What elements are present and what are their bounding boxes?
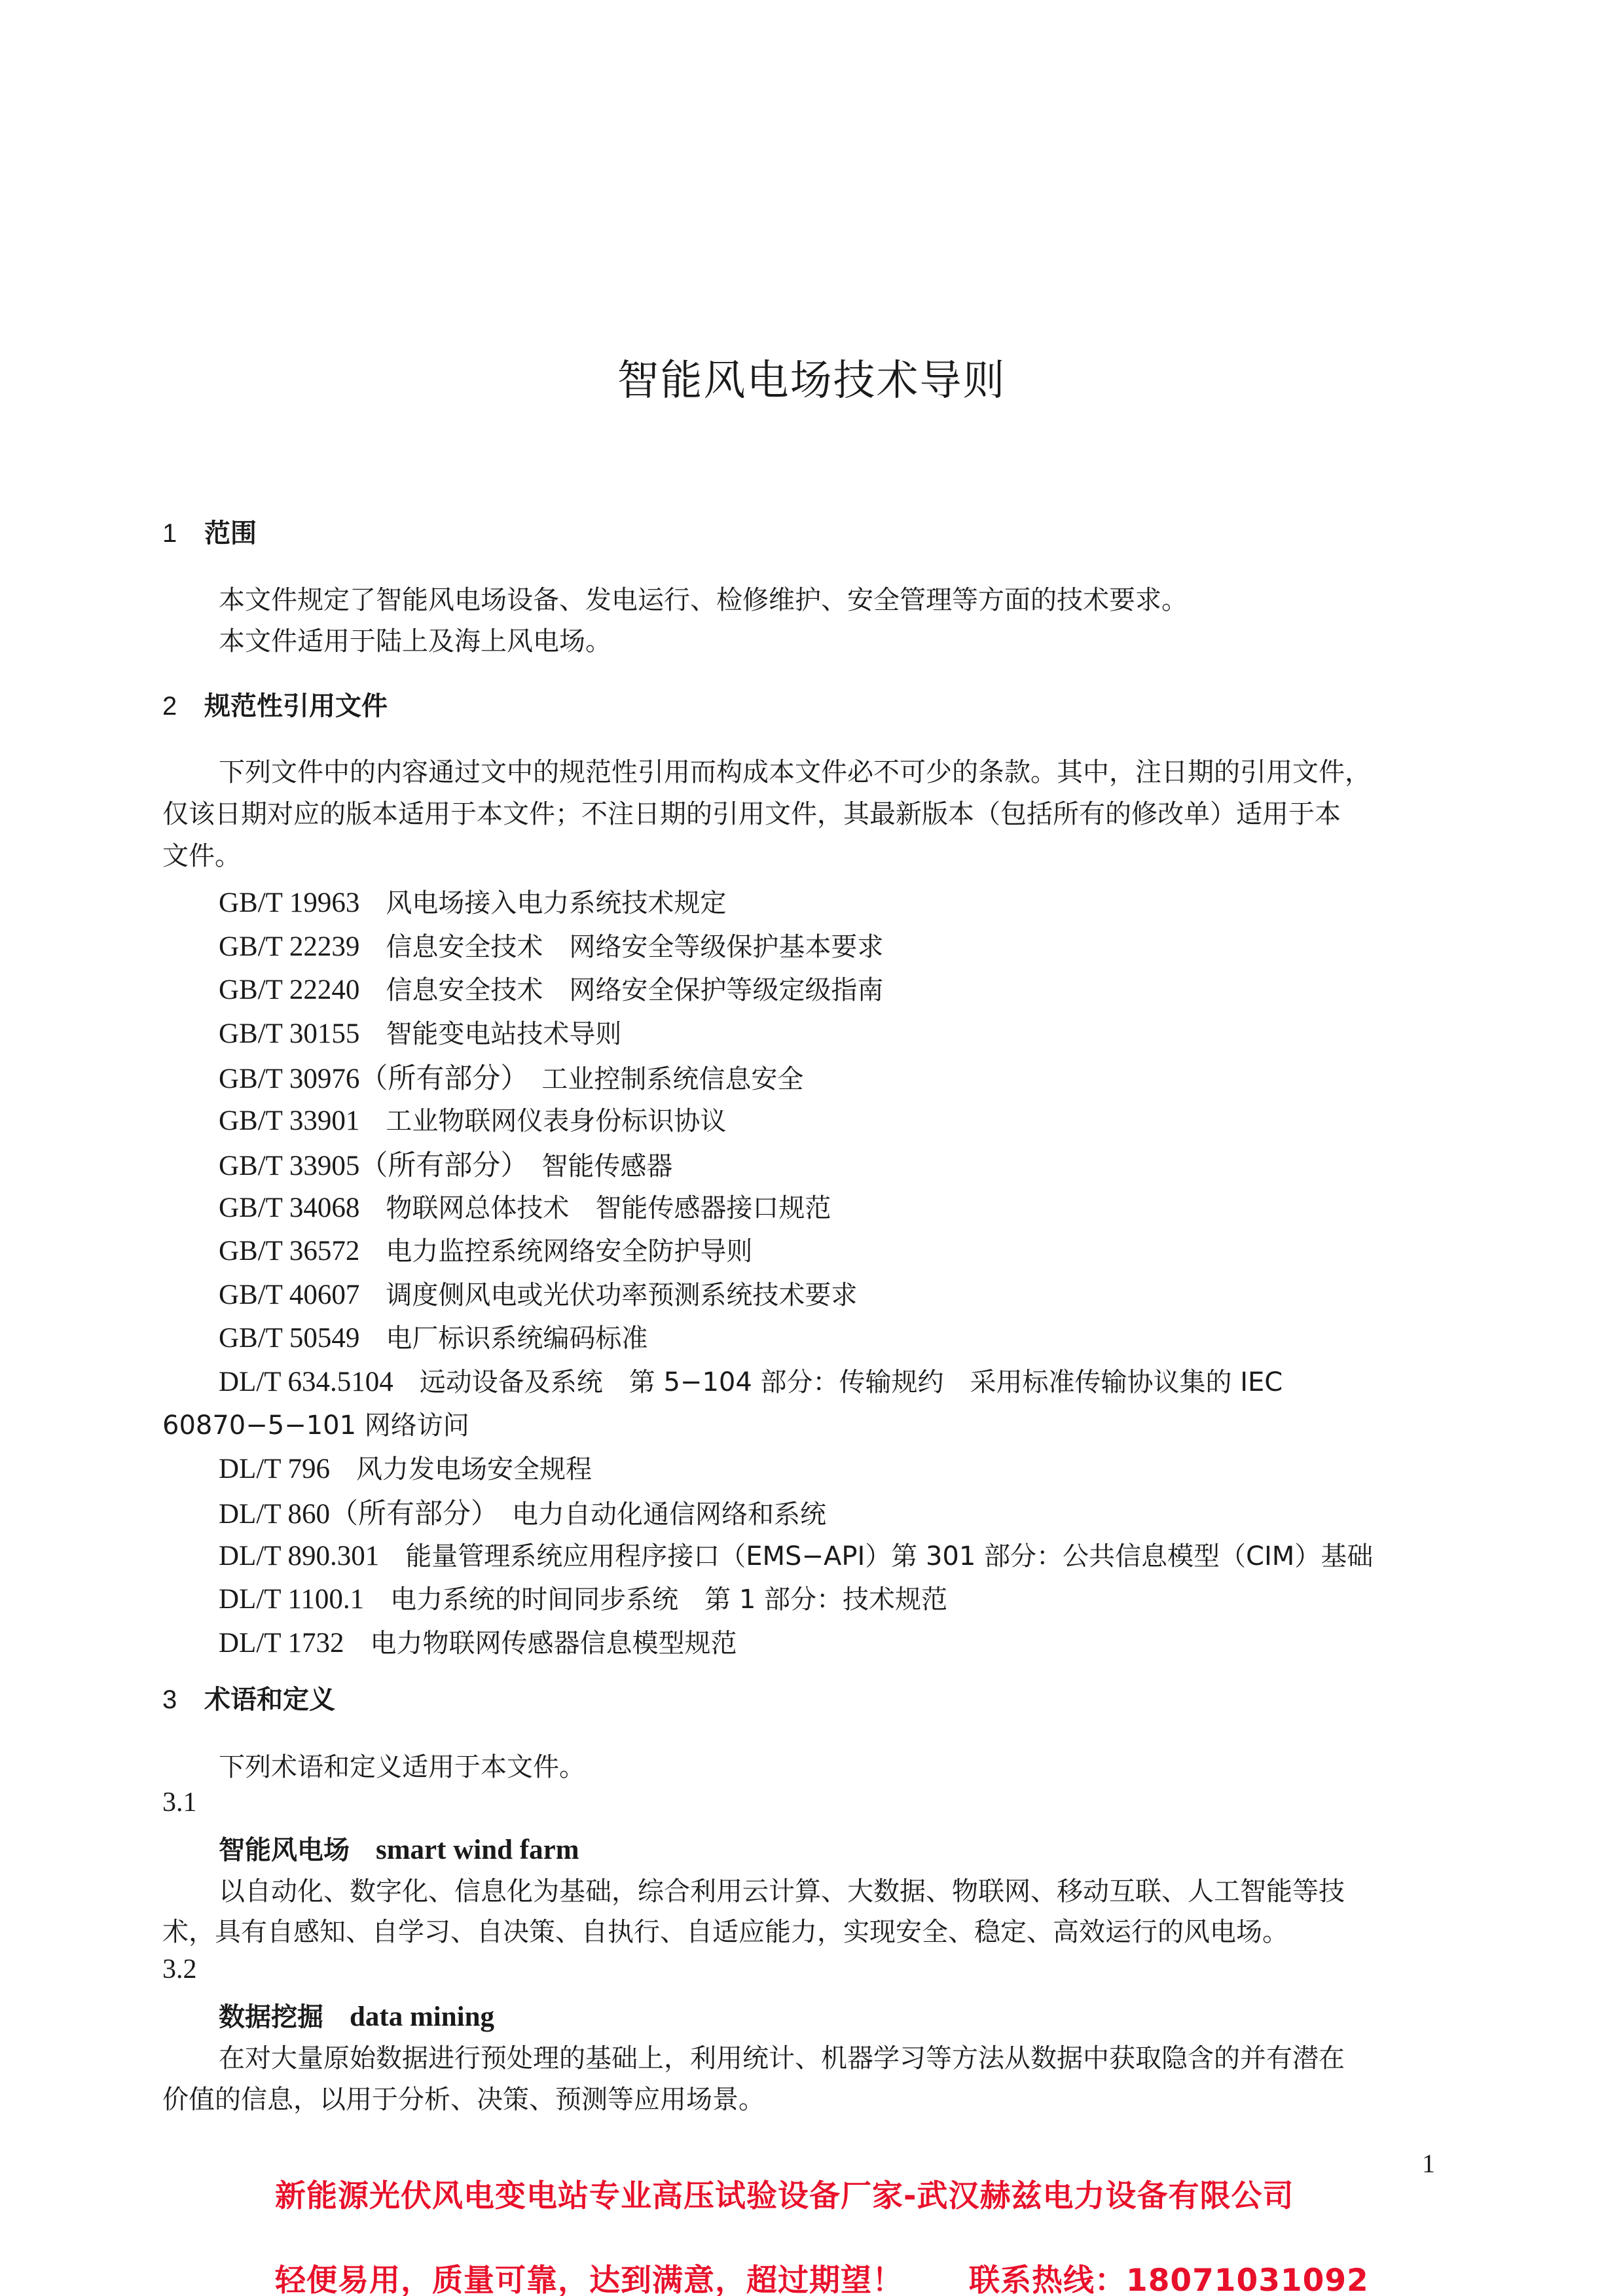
reference-title: 风电场接入电力系统技术规定: [386, 888, 726, 918]
term-number: 3.1: [162, 1787, 197, 1818]
reference-item: GB/T 19963风电场接入电力系统技术规定: [219, 882, 726, 920]
section-title: 范围: [204, 518, 257, 548]
term-definition: 术，具有自感知、自学习、自决策、自执行、自适应能力，实现安全、稳定、高效运行的风…: [162, 1911, 1288, 1948]
term-heading: 智能风电场smart wind farm: [219, 1829, 579, 1867]
reference-item: DL/T 890.301能量管理系统应用程序接口（EMS−API）第 301 部…: [219, 1535, 1373, 1573]
term-cn: 数据挖掘: [219, 2002, 323, 2032]
reference-title: 风力发电场安全规程: [356, 1454, 592, 1484]
term-number: 3.2: [162, 1954, 197, 1985]
reference-item: DL/T 860（所有部分）电力自动化通信网络和系统: [219, 1492, 826, 1532]
section-number: 2: [162, 692, 204, 721]
section-title: 术语和定义: [204, 1685, 335, 1715]
term-heading: 数据挖掘data mining: [219, 1996, 494, 2034]
term-cn: 智能风电场: [219, 1835, 350, 1865]
term-definition: 以自动化、数字化、信息化为基础，综合利用云计算、大数据、物联网、移动互联、人工智…: [219, 1871, 1345, 1908]
reference-item: GB/T 40607调度侧风电或光伏功率预测系统技术要求: [219, 1274, 857, 1312]
reference-code: GB/T 33901: [219, 1105, 359, 1136]
reference-title: 远动设备及系统 第 5−104 部分：传输规约 采用标准传输协议集的 IEC: [420, 1367, 1283, 1397]
reference-item: GB/T 34068物联网总体技术 智能传感器接口规范: [219, 1187, 831, 1225]
reference-title: 电力系统的时间同步系统 第 1 部分：技术规范: [390, 1585, 947, 1615]
paragraph: 下列术语和定义适用于本文件。: [219, 1746, 585, 1784]
reference-code: DL/T 796: [219, 1454, 330, 1484]
section-heading-1: 1范围: [162, 512, 257, 550]
reference-item: DL/T 1732电力物联网传感器信息模型规范: [219, 1623, 737, 1660]
reference-item: GB/T 33905（所有部分）智能传感器: [219, 1143, 672, 1183]
section-heading-3: 3术语和定义: [162, 1679, 335, 1716]
reference-code: DL/T 1732: [219, 1628, 344, 1659]
reference-title: 工业控制系统信息安全: [541, 1064, 803, 1094]
reference-title: 电厂标识系统编码标准: [386, 1323, 647, 1354]
reference-code: GB/T 19963: [219, 888, 359, 918]
paragraph: 下列文件中的内容通过文中的规范性引用而构成本文件必不可少的条款。其中，注日期的引…: [219, 751, 1371, 789]
section-number: 1: [162, 519, 204, 548]
reference-title: 智能变电站技术导则: [386, 1019, 621, 1049]
reference-item: DL/T 1100.1电力系统的时间同步系统 第 1 部分：技术规范: [219, 1579, 947, 1616]
reference-item: GB/T 33901工业物联网仪表身份标识协议: [219, 1100, 726, 1138]
paragraph: 仅该日期对应的版本适用于本文件；不注日期的引用文件，其最新版本（包括所有的修改单…: [162, 793, 1341, 831]
reference-code: GB/T 34068: [219, 1193, 359, 1223]
term-en: smart wind farm: [376, 1835, 579, 1865]
section-title: 规范性引用文件: [204, 691, 388, 721]
paragraph: 本文件适用于陆上及海上风电场。: [219, 620, 611, 658]
reference-item: GB/T 30976（所有部分）工业控制系统信息安全: [219, 1056, 803, 1096]
reference-item: DL/T 796风力发电场安全规程: [219, 1448, 592, 1486]
term-definition: 价值的信息，以用于分析、决策、预测等应用场景。: [162, 2079, 765, 2116]
reference-code: GB/T 22239: [219, 931, 359, 962]
reference-title: 信息安全技术 网络安全保护等级定级指南: [386, 975, 883, 1005]
reference-item: GB/T 22239信息安全技术 网络安全等级保护基本要求: [219, 926, 883, 963]
reference-code: GB/T 33905（所有部分）: [219, 1151, 528, 1181]
reference-item-continuation: 60870−5−101 网络访问: [162, 1405, 469, 1442]
reference-code: DL/T 890.301: [219, 1541, 379, 1571]
reference-title: 信息安全技术 网络安全等级保护基本要求: [386, 932, 883, 962]
reference-code: GB/T 30976（所有部分）: [219, 1064, 528, 1094]
section-number: 3: [162, 1685, 204, 1715]
term-definition: 在对大量原始数据进行预处理的基础上，利用统计、机器学习等方法从数据中获取隐含的并…: [219, 2037, 1345, 2075]
banner-slogan: 轻便易用，质量可靠，达到满意，超过期望！: [275, 2263, 903, 2296]
reference-code: GB/T 30155: [219, 1018, 359, 1049]
reference-item: GB/T 36572电力监控系统网络安全防护导则: [219, 1230, 752, 1268]
section-heading-2: 2规范性引用文件: [162, 685, 388, 723]
banner-slogan-line: 轻便易用，质量可靠，达到满意，超过期望！联系热线：18071031092: [275, 2256, 1369, 2296]
reference-item: GB/T 30155智能变电站技术导则: [219, 1013, 621, 1050]
reference-code: GB/T 22240: [219, 975, 359, 1005]
banner-hotline: 联系热线：18071031092: [969, 2263, 1369, 2296]
reference-code: GB/T 50549: [219, 1323, 359, 1354]
reference-code: GB/T 36572: [219, 1236, 359, 1266]
reference-title: 工业物联网仪表身份标识协议: [386, 1106, 726, 1136]
reference-item: DL/T 634.5104远动设备及系统 第 5−104 部分：传输规约 采用标…: [219, 1361, 1283, 1399]
reference-code: DL/T 1100.1: [219, 1584, 364, 1615]
reference-title: 调度侧风电或光伏功率预测系统技术要求: [386, 1280, 857, 1310]
paragraph: 本文件规定了智能风电场设备、发电运行、检修维护、安全管理等方面的技术要求。: [219, 579, 1188, 617]
reference-title: 电力监控系统网络安全防护导则: [386, 1236, 752, 1266]
reference-code: DL/T 860（所有部分）: [219, 1499, 499, 1530]
reference-item: GB/T 22240信息安全技术 网络安全保护等级定级指南: [219, 969, 883, 1007]
document-title: 智能风电场技术导则: [0, 347, 1623, 407]
reference-code: DL/T 634.5104: [219, 1367, 393, 1397]
page-number: 1: [1422, 2148, 1435, 2179]
reference-title: 物联网总体技术 智能传感器接口规范: [386, 1193, 831, 1223]
reference-item: GB/T 50549电厂标识系统编码标准: [219, 1318, 647, 1355]
reference-title: 电力自动化通信网络和系统: [512, 1499, 826, 1530]
reference-code: GB/T 40607: [219, 1280, 359, 1310]
banner-company-line: 新能源光伏风电变电站专业高压试验设备厂家-武汉赫兹电力设备有限公司: [275, 2172, 1294, 2215]
reference-title: 智能传感器: [541, 1151, 672, 1181]
paragraph: 文件。: [162, 835, 241, 872]
term-en: data mining: [350, 2001, 494, 2032]
reference-title: 电力物联网传感器信息模型规范: [371, 1628, 737, 1659]
reference-title: 能量管理系统应用程序接口（EMS−API）第 301 部分：公共信息模型（CIM…: [405, 1541, 1373, 1571]
